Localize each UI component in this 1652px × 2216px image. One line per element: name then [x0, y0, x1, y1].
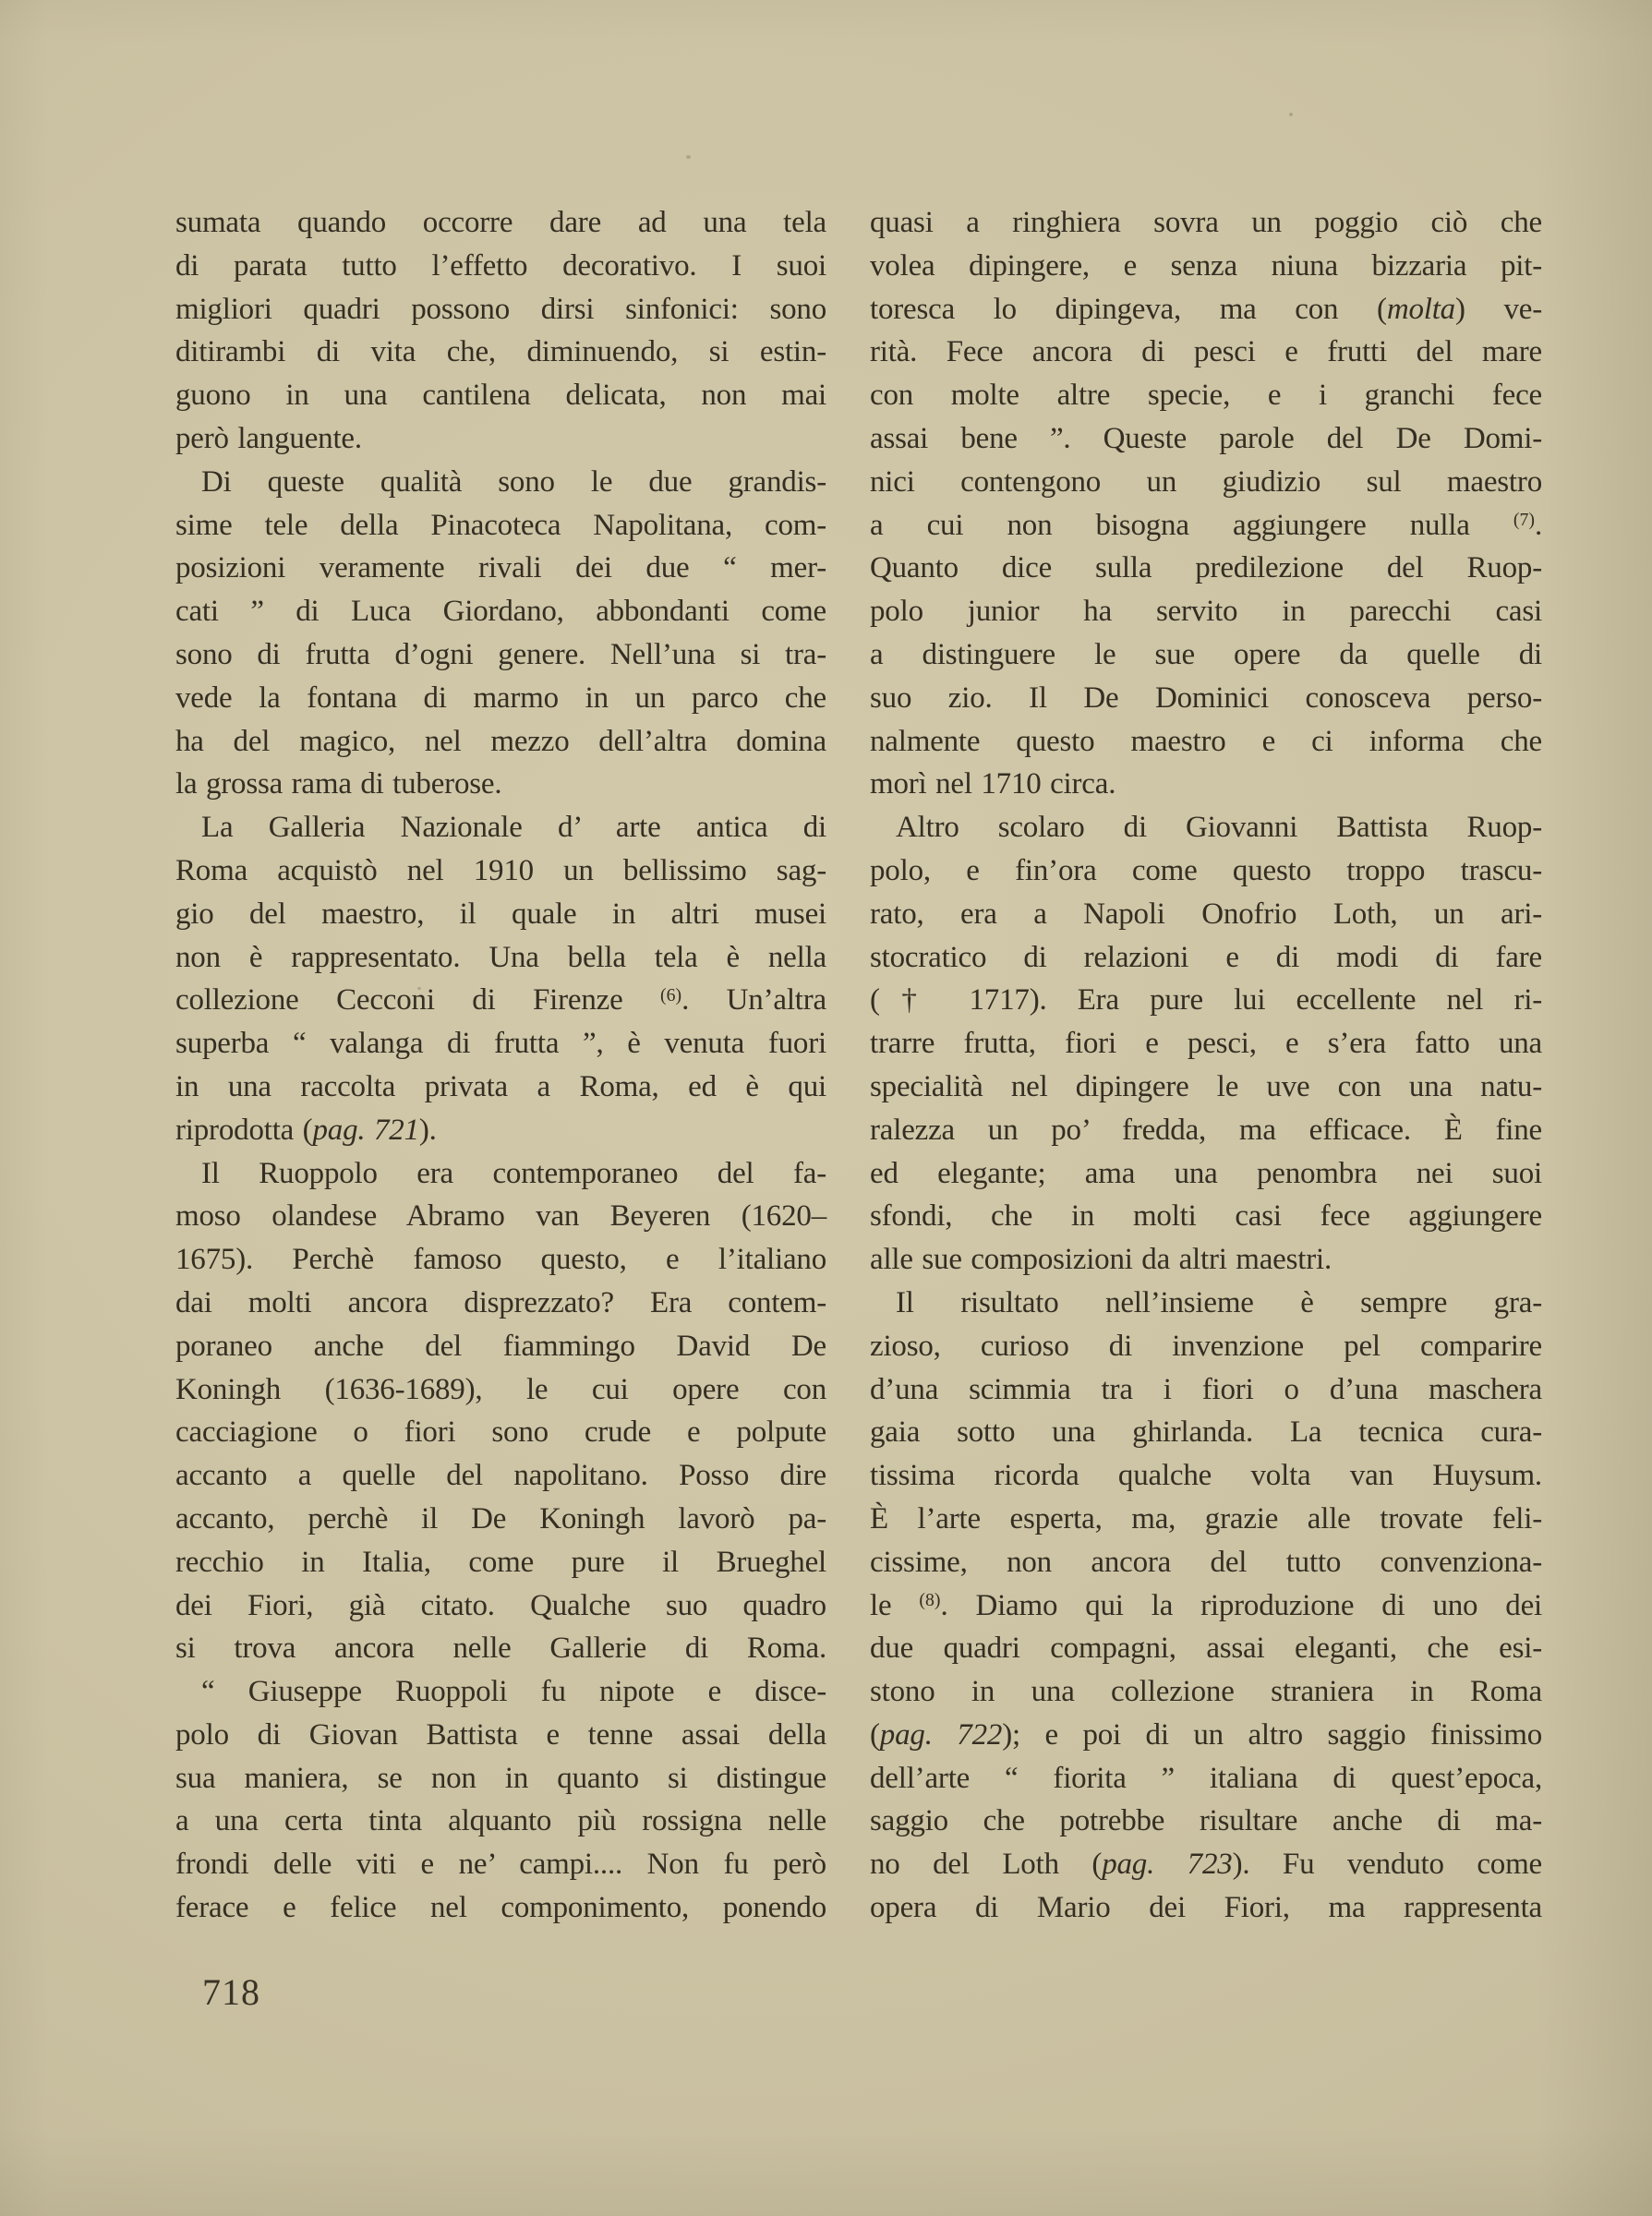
text-line: toresca lo dipingeva, ma con (molta) ve-: [870, 288, 1542, 331]
text-line: “ Giuseppe Ruoppoli fu nipote e disce-: [175, 1670, 826, 1714]
text-line: in una raccolta privata a Roma, ed è qui: [175, 1066, 826, 1109]
text-line: recchio in Italia, come pure il Brueghel: [175, 1541, 826, 1584]
text-line: vede la fontana di marmo in un parco che: [175, 677, 826, 720]
text-line: Altro scolaro di Giovanni Battista Ruop-: [870, 806, 1542, 849]
text-line: polo junior ha servito in parecchi casi: [870, 590, 1542, 633]
text-line: ditirambi di vita che, diminuendo, si es…: [175, 331, 826, 374]
book-page: sumata quando occorre dare ad una teladi…: [0, 0, 1652, 2216]
text-line: dai molti ancora disprezzato? Era contem…: [175, 1282, 826, 1325]
text-line: le (8). Diamo qui la riproduzione di uno…: [870, 1584, 1542, 1628]
paper-speck: [686, 155, 691, 159]
text-line: di parata tutto l’effetto decorativo. I …: [175, 245, 826, 288]
text-line: volea dipingere, e senza niuna bizzaria …: [870, 245, 1542, 288]
text-line: però languente.: [175, 417, 826, 461]
text-line: cissime, non ancora del tutto convenzion…: [870, 1541, 1542, 1584]
text-line: guono in una cantilena delicata, non mai: [175, 374, 826, 417]
text-line: gio del maestro, il quale in altri musei: [175, 893, 826, 936]
text-line: Koningh (1636-1689), le cui opere con: [175, 1368, 826, 1412]
text-line: la grossa rama di tuberose.: [175, 763, 826, 806]
text-column-right: quasi a ringhiera sovra un poggio ciò ch…: [870, 201, 1542, 1930]
text-line: accanto, perchè il De Koningh lavorò pa-: [175, 1498, 826, 1541]
text-line: collezione Cecconi di Firenze (6). Un’al…: [175, 979, 826, 1022]
text-line: suo zio. Il De Dominici conosceva perso-: [870, 677, 1542, 720]
text-line: moso olandese Abramo van Beyeren (1620–: [175, 1195, 826, 1238]
text-line: poraneo anche del fiammingo David De: [175, 1325, 826, 1368]
text-line: dei Fiori, già citato. Qualche suo quadr…: [175, 1584, 826, 1628]
text-line: Il Ruoppolo era contemporaneo del fa-: [175, 1152, 826, 1196]
text-line: Di queste qualità sono le due grandis-: [175, 461, 826, 504]
text-line: si trova ancora nelle Gallerie di Roma.: [175, 1627, 826, 1670]
paper-speck: [1288, 112, 1293, 116]
text-line: stocratico di relazioni e di modi di far…: [870, 936, 1542, 980]
text-line: nalmente questo maestro e ci informa che: [870, 720, 1542, 764]
text-line: rità. Fece ancora di pesci e frutti del …: [870, 331, 1542, 374]
text-line: cacciagione o fiori sono crude e polpute: [175, 1411, 826, 1454]
text-line: Il risultato nell’insieme è sempre gra-: [870, 1282, 1542, 1325]
text-line: opera di Mario dei Fiori, ma rappresenta: [870, 1886, 1542, 1930]
text-line: La Galleria Nazionale d’ arte antica di: [175, 806, 826, 849]
text-line: ha del magico, nel mezzo dell’altra domi…: [175, 720, 826, 764]
text-line: zioso, curioso di invenzione pel compari…: [870, 1325, 1542, 1368]
text-line: 1675). Perchè famoso questo, e l’italian…: [175, 1238, 826, 1282]
text-line: accanto a quelle del napolitano. Posso d…: [175, 1454, 826, 1498]
text-line: a distinguere le sue opere da quelle di: [870, 633, 1542, 677]
text-line: ferace e felice nel componimento, ponend…: [175, 1886, 826, 1930]
text-line: ralezza un po’ fredda, ma efficace. È fi…: [870, 1109, 1542, 1152]
text-line: trarre frutta, fiori e pesci, e s’era fa…: [870, 1022, 1542, 1066]
text-line: (pag. 722); e poi di un altro saggio fin…: [870, 1714, 1542, 1757]
text-line: due quadri compagni, assai eleganti, che…: [870, 1627, 1542, 1670]
text-line: Roma acquistò nel 1910 un bellissimo sag…: [175, 849, 826, 893]
text-line: con molte altre specie, e i granchi fece: [870, 374, 1542, 417]
text-line: sua maniera, se non in quanto si disting…: [175, 1757, 826, 1800]
text-line: È l’arte esperta, ma, grazie alle trovat…: [870, 1498, 1542, 1541]
text-line: gaia sotto una ghirlanda. La tecnica cur…: [870, 1411, 1542, 1454]
text-line: frondi delle viti e ne’ campi.... Non fu…: [175, 1843, 826, 1886]
text-line: specialità nel dipingere le uve con una …: [870, 1066, 1542, 1109]
text-line: riprodotta (pag. 721).: [175, 1109, 826, 1152]
text-line: († 1717). Era pure lui eccellente nel ri…: [870, 979, 1542, 1022]
text-column-left: sumata quando occorre dare ad una teladi…: [175, 201, 826, 1930]
text-line: tissima ricorda qualche volta van Huysum…: [870, 1454, 1542, 1498]
text-line: saggio che potrebbe risultare anche di m…: [870, 1800, 1542, 1843]
text-line: stono in una collezione straniera in Rom…: [870, 1670, 1542, 1714]
text-line: no del Loth (pag. 723). Fu venduto come: [870, 1843, 1542, 1886]
text-line: migliori quadri possono dirsi sinfonici:…: [175, 288, 826, 331]
text-line: sfondi, che in molti casi fece aggiunger…: [870, 1195, 1542, 1238]
page-number: 718: [202, 1970, 260, 2014]
text-line: ed elegante; ama una penombra nei suoi: [870, 1152, 1542, 1196]
text-line: cati ” di Luca Giordano, abbondanti come: [175, 590, 826, 633]
text-line: polo di Giovan Battista e tenne assai de…: [175, 1714, 826, 1757]
text-line: polo, e fin’ora come questo troppo trasc…: [870, 849, 1542, 893]
text-line: a una certa tinta alquanto più rossigna …: [175, 1800, 826, 1843]
text-line: quasi a ringhiera sovra un poggio ciò ch…: [870, 201, 1542, 245]
text-line: assai bene ”. Queste parole del De Domi-: [870, 417, 1542, 461]
text-line: morì nel 1710 circa.: [870, 763, 1542, 806]
text-line: sime tele della Pinacoteca Napolitana, c…: [175, 504, 826, 548]
text-line: sono di frutta d’ogni genere. Nell’una s…: [175, 633, 826, 677]
text-line: d’una scimmia tra i fiori o d’una masche…: [870, 1368, 1542, 1412]
text-line: Quanto dice sulla predilezione del Ruop-: [870, 547, 1542, 590]
text-line: posizioni veramente rivali dei due “ mer…: [175, 547, 826, 590]
text-line: rato, era a Napoli Onofrio Loth, un ari-: [870, 893, 1542, 936]
text-line: dell’arte “ fiorita ” italiana di quest’…: [870, 1757, 1542, 1800]
text-line: sumata quando occorre dare ad una tela: [175, 201, 826, 245]
text-line: alle sue composizioni da altri maestri.: [870, 1238, 1542, 1282]
text-line: a cui non bisogna aggiungere nulla (7).: [870, 504, 1542, 548]
text-line: nici contengono un giudizio sul maestro: [870, 461, 1542, 504]
text-line: non è rappresentato. Una bella tela è ne…: [175, 936, 826, 980]
text-line: superba “ valanga di frutta ”, è venuta …: [175, 1022, 826, 1066]
